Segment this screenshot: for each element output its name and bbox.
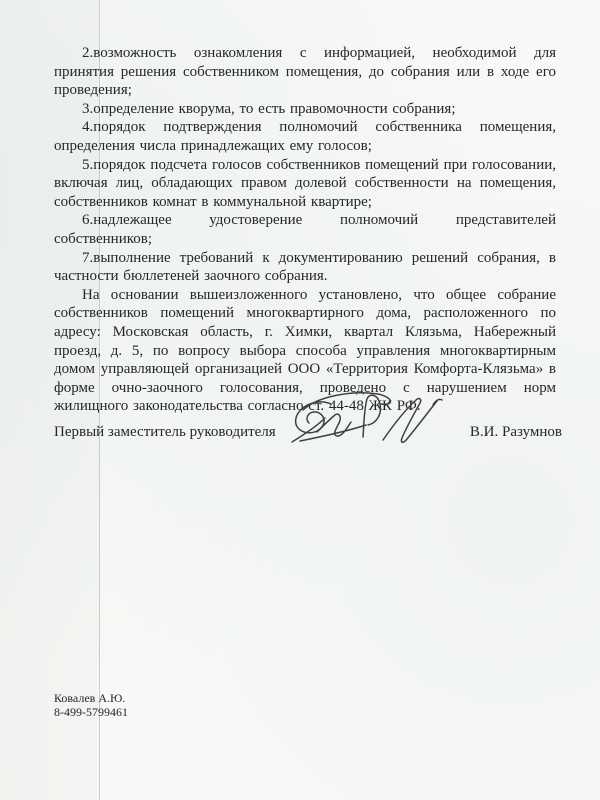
signature-stroke-slashes (383, 399, 442, 443)
document-text-block: 2.возможность ознакомления с информацией… (54, 44, 556, 416)
signature-stroke-arc (303, 393, 390, 410)
handwritten-signature-icon (273, 386, 448, 456)
document-paragraph-item-5: 5.порядок подсчета голосов собственников… (54, 156, 556, 212)
executor-name: Ковалев А.Ю. (54, 692, 128, 706)
signature-stroke-squiggle (292, 414, 366, 442)
executor-phone: 8-499-5799461 (54, 706, 128, 720)
document-paragraph-item-4: 4.порядок подтверждения полномочий собст… (54, 118, 556, 155)
document-paragraph-item-6: 6.надлежащее удостоверение полномочий пр… (54, 211, 556, 248)
document-paragraph-item-7: 7.выполнение требований к документирован… (54, 249, 556, 286)
signoff-title: Первый заместитель руководителя (54, 424, 276, 441)
signature-stroke-loop (363, 395, 380, 437)
document-paragraph-item-2: 2.возможность ознакомления с информацией… (54, 44, 556, 100)
scanned-document-page: 2.возможность ознакомления с информацией… (0, 0, 600, 800)
executor-footer: Ковалев А.Ю. 8-499-5799461 (54, 692, 128, 719)
document-paragraph-item-3: 3.определение кворума, то есть правомочн… (54, 100, 556, 119)
signoff-name: В.И. Разумнов (470, 424, 562, 441)
